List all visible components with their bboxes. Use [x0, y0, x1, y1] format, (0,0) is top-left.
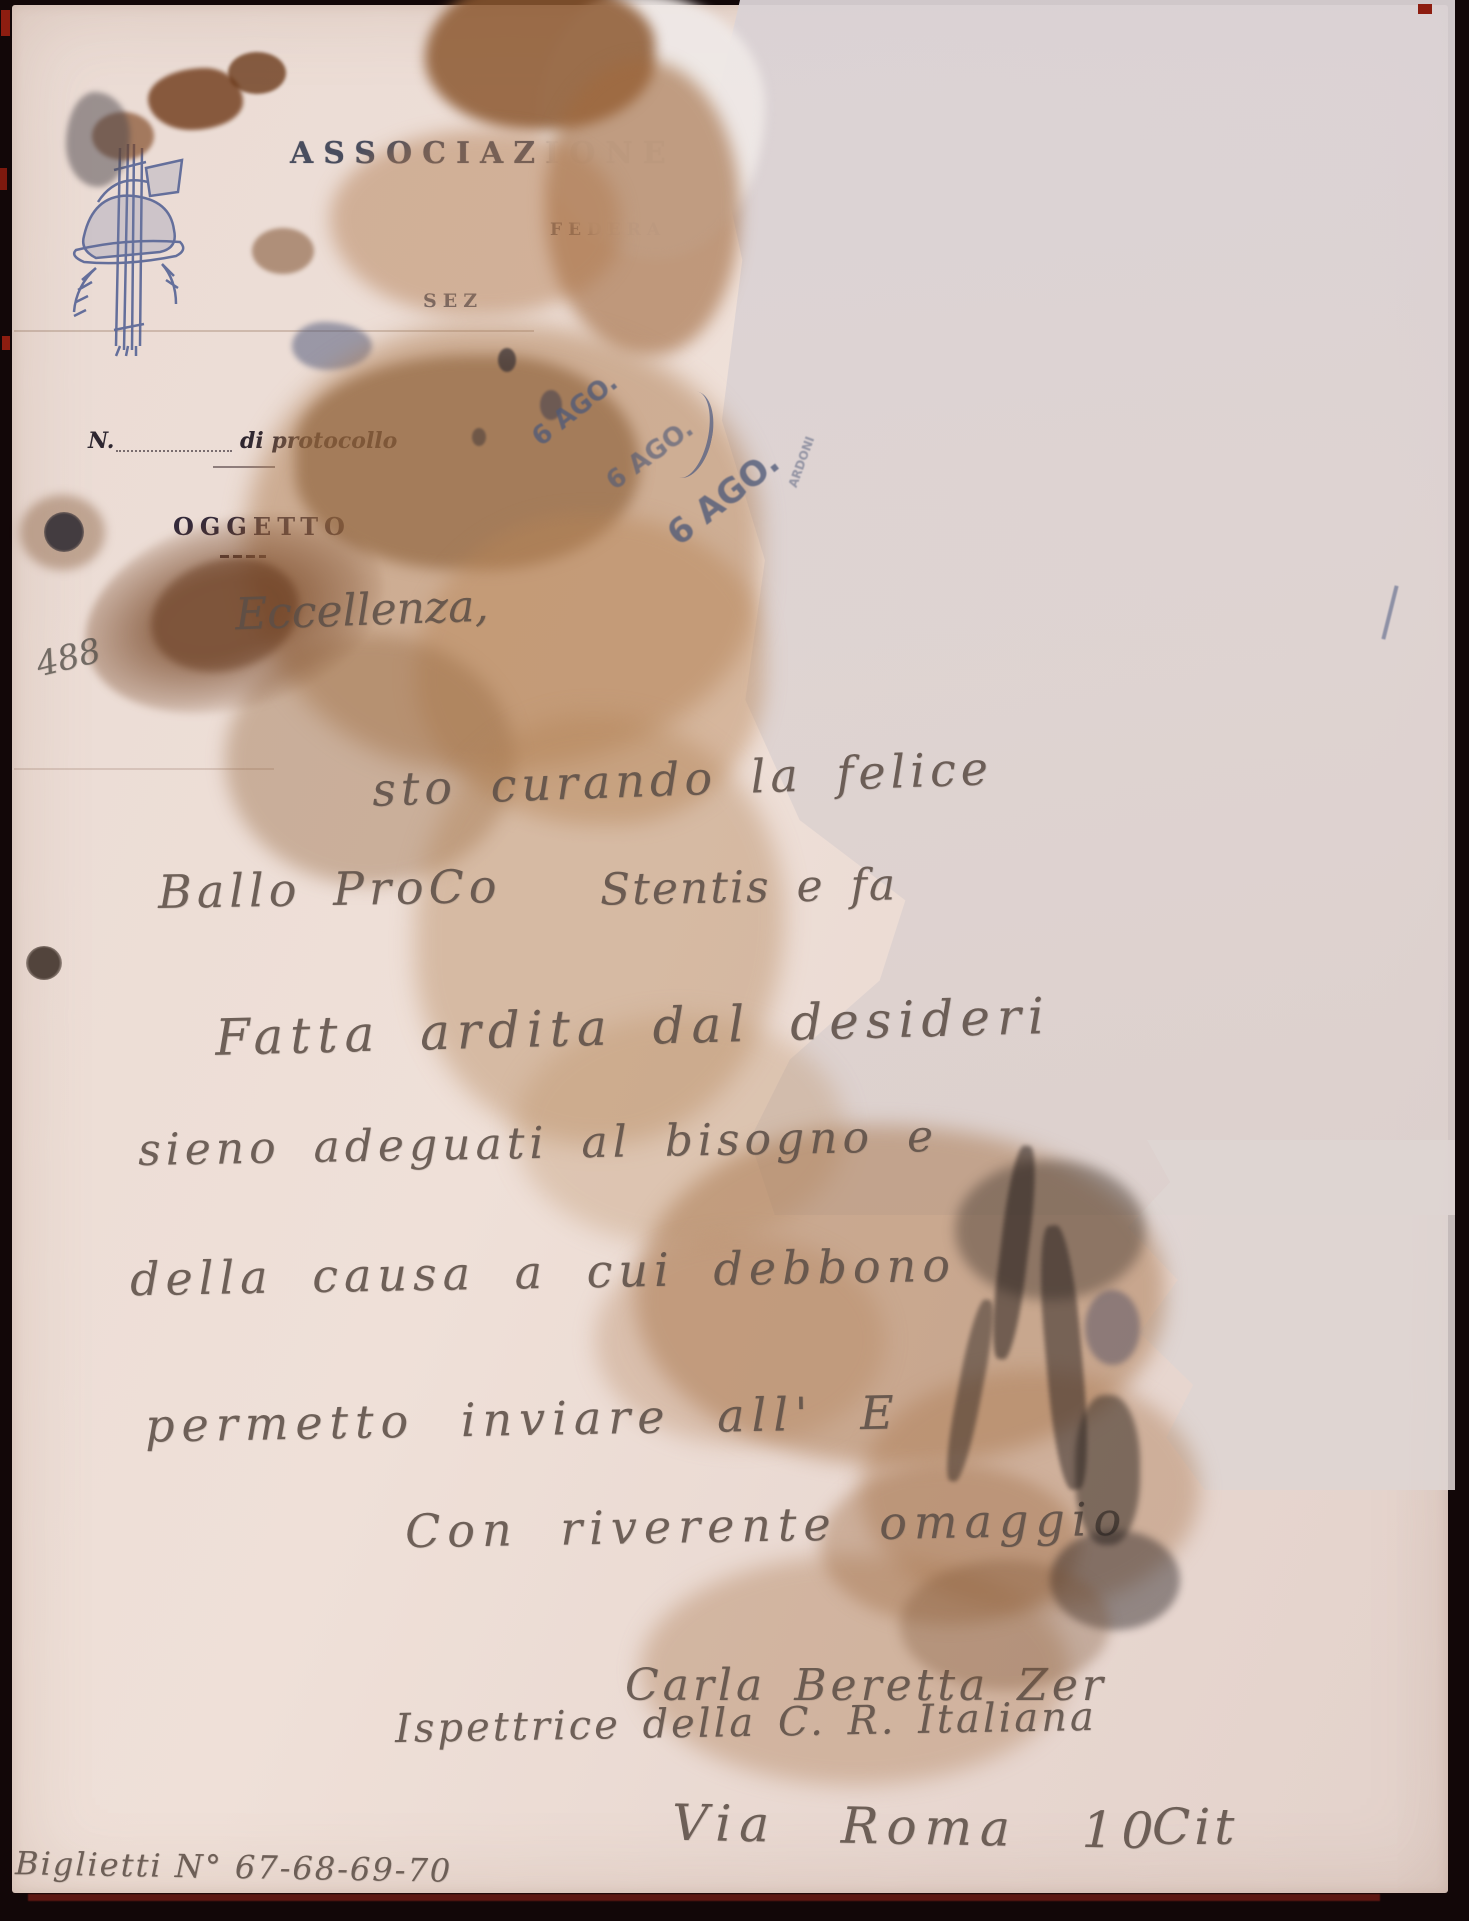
letterhead-title: ASSOCIAZIONE: [290, 136, 676, 171]
handwritten-address: Via Roma 10: [672, 1794, 1162, 1861]
letterhead-section-line: SEZ: [423, 290, 483, 312]
frame-mark: [0, 168, 7, 190]
letter-page: [12, 5, 1448, 1893]
frame-mark: [2, 336, 10, 350]
frame-mark: [28, 1894, 1380, 1901]
protocol-dotted-line: [116, 432, 232, 452]
handwritten-line: Stentis e fa: [600, 859, 898, 915]
subject-label: OGGETTO: [173, 512, 351, 541]
handwritten-salutation: Eccellenza,: [234, 581, 489, 641]
helmet-fasces-emblem-icon: [66, 140, 198, 362]
protocol-number-label: N.: [88, 428, 114, 454]
frame-mark: [1, 10, 10, 36]
scanned-letter-photo: ASSOCIAZIONE FEDERA SEZ N. di protocollo…: [0, 0, 1469, 1921]
tickets-note: Biglietti N° 67-68-69-70: [15, 1844, 453, 1890]
handwritten-address-suffix: Cit: [1152, 1798, 1238, 1856]
handwritten-line: Ballo ProCo: [158, 859, 502, 919]
protocol-suffix-label: di protocollo: [240, 428, 397, 454]
subject-dash-rule: [220, 555, 266, 558]
letterhead-federation-line: FEDERA: [550, 220, 666, 240]
